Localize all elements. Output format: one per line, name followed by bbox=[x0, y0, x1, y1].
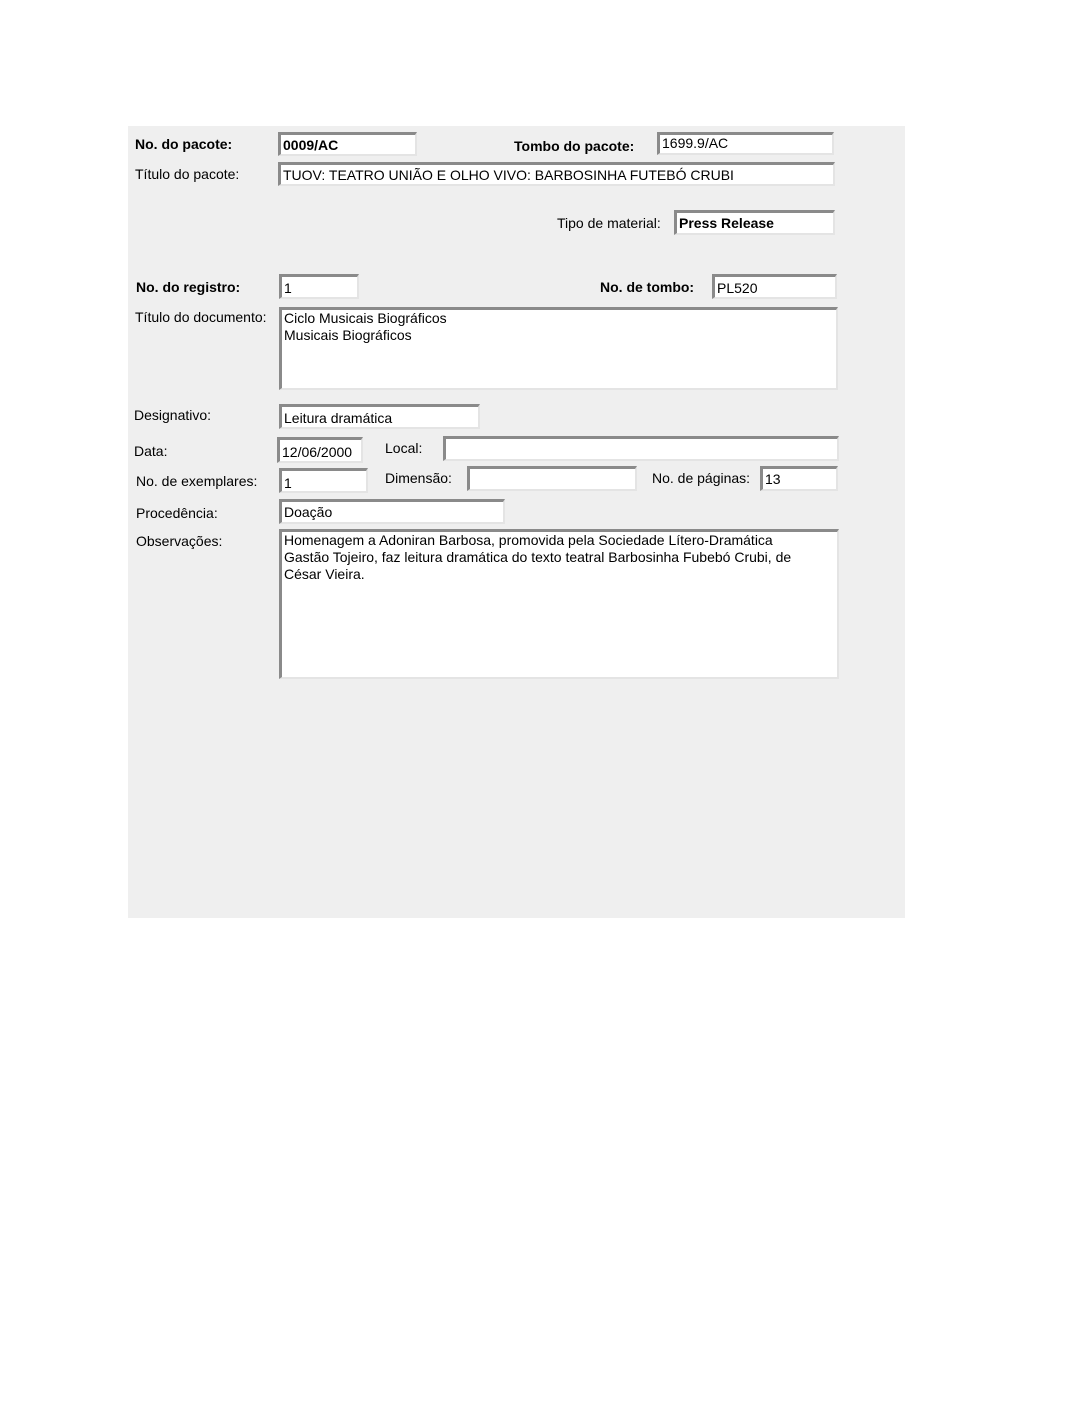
observacoes-field[interactable]: Homenagem a Adoniran Barbosa, promovida … bbox=[279, 529, 839, 679]
tombo-no-label: No. de tombo: bbox=[600, 279, 694, 295]
local-label: Local: bbox=[385, 440, 422, 456]
tombo-no-field[interactable]: PL520 bbox=[712, 274, 837, 299]
titulo-documento-field[interactable]: Ciclo Musicais Biográficos Musicais Biog… bbox=[279, 307, 838, 390]
dimensao-field[interactable] bbox=[467, 466, 637, 491]
titulo-pacote-label: Título do pacote: bbox=[135, 166, 239, 182]
data-field[interactable]: 12/06/2000 bbox=[277, 437, 363, 463]
observacoes-label: Observações: bbox=[136, 533, 222, 549]
procedencia-label: Procedência: bbox=[136, 505, 218, 521]
titulo-pacote-field[interactable]: TUOV: TEATRO UNIÃO E OLHO VIVO: BARBOSIN… bbox=[278, 162, 835, 186]
tipo-material-field[interactable]: Press Release bbox=[674, 210, 835, 235]
local-field[interactable] bbox=[443, 436, 839, 461]
pacote-no-field[interactable]: 0009/AC bbox=[278, 132, 417, 156]
designativo-field[interactable]: Leitura dramática bbox=[279, 404, 480, 429]
data-label: Data: bbox=[134, 443, 167, 459]
tombo-pacote-label: Tombo do pacote: bbox=[514, 138, 634, 154]
paginas-field[interactable]: 13 bbox=[760, 466, 838, 491]
tombo-pacote-field[interactable]: 1699.9/AC bbox=[657, 132, 834, 155]
record-form-panel bbox=[128, 126, 905, 918]
tipo-material-label: Tipo de material: bbox=[557, 215, 661, 231]
exemplares-field[interactable]: 1 bbox=[279, 468, 368, 493]
designativo-label: Designativo: bbox=[134, 407, 211, 423]
exemplares-label: No. de exemplares: bbox=[136, 473, 257, 489]
pacote-no-label: No. do pacote: bbox=[135, 136, 232, 152]
registro-no-label: No. do registro: bbox=[136, 279, 240, 295]
dimensao-label: Dimensão: bbox=[385, 470, 452, 486]
procedencia-field[interactable]: Doação bbox=[279, 499, 505, 524]
titulo-documento-label: Título do documento: bbox=[135, 309, 267, 325]
paginas-label: No. de páginas: bbox=[652, 470, 750, 486]
registro-no-field[interactable]: 1 bbox=[279, 274, 359, 299]
